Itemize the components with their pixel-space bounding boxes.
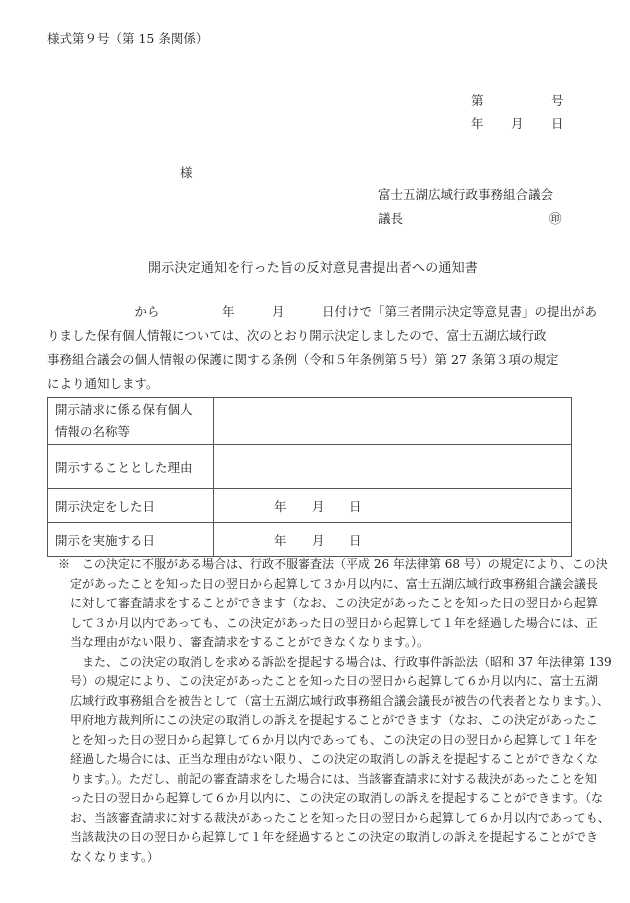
- date-day: 日: [349, 497, 362, 515]
- body-line: により通知します。: [47, 374, 159, 392]
- date-month: 月: [312, 531, 325, 549]
- disclosure-info-table: 開示請求に係る保有個人 情報の名称等 開示することとした理由 開示決定をした日 …: [47, 397, 572, 557]
- note-line: った日の翌日から起算して６か月以内に、この決定の取消しの訴えを提起することができ…: [58, 789, 603, 806]
- note-line: とを知った日の翌日から起算して６か月以内であっても、この決定の日の翌日から起算し…: [58, 731, 598, 748]
- label-line: 情報の名称等: [55, 421, 206, 443]
- label-line: 開示請求に係る保有個人: [55, 399, 206, 421]
- decision-date-value[interactable]: 年 月 日: [214, 489, 572, 523]
- doc-number-suffix: 号: [551, 91, 564, 109]
- note-line: に対して審査請求をすることができます（なお、この決定があったことを知った日の翌日…: [58, 594, 598, 611]
- note-line: お、当該審査請求に対する裁決があったことを知った日の翌日から起算して６か月以内で…: [58, 809, 610, 826]
- form-number: 様式第９号（第 15 条関係）: [47, 29, 208, 47]
- row-label: 開示することとした理由: [48, 445, 214, 489]
- date-year: 年: [274, 531, 287, 549]
- date-day: 日: [551, 114, 564, 132]
- note-line: 甲府地方裁判所にこの決定の取消しの訴えを提起することができます（なお、この決定が…: [58, 711, 598, 728]
- row-label: 開示を実施する日: [48, 523, 214, 557]
- note-line: 当該裁決の日の翌日から起算して１年を経過するとこの決定の取消しの訴えを提起するこ…: [58, 828, 598, 845]
- body-line: りました保有個人情報については、次のとおり開示決定しましたので、富士五湖広域行政: [47, 326, 547, 344]
- row-label: 開示決定をした日: [48, 489, 214, 523]
- note-line: 広域行政事務組合を被告として（富士五湖広域行政事務組合議会議長が被告の代表者とな…: [58, 692, 609, 709]
- row-label: 開示請求に係る保有個人 情報の名称等: [48, 398, 214, 445]
- date-month: 月: [312, 497, 325, 515]
- body-line: 事務組合議会の個人情報の保護に関する条例（令和５年条例第５号）第 27 条第３項…: [47, 350, 558, 368]
- sender-organization: 富士五湖広域行政事務組合議会: [378, 185, 553, 203]
- addressee: 様: [180, 163, 193, 181]
- note-line: なくなります。）: [58, 848, 159, 865]
- date-year: 年: [274, 497, 287, 515]
- note-line: ります。）。ただし、前記の審査請求をした場合には、当該審査請求に対する裁決があっ…: [58, 770, 597, 787]
- doc-number-prefix: 第: [471, 91, 484, 109]
- date-month: 月: [511, 114, 524, 132]
- table-row: 開示決定をした日 年 月 日: [48, 489, 572, 523]
- date-year: 年: [471, 114, 484, 132]
- implementation-date-value[interactable]: 年 月 日: [214, 523, 572, 557]
- body-line: から 年 月 日付けで「第三者開示決定等意見書」の提出があ: [47, 302, 597, 320]
- table-row: 開示を実施する日 年 月 日: [48, 523, 572, 557]
- note-line: 当な理由がない限り、審査請求をすることができなくなります。）。: [58, 633, 429, 650]
- info-name-value[interactable]: [214, 398, 572, 445]
- note-line: 号）の規定により、この決定があったことを知った日の翌日から起算して６か月以内に、…: [58, 672, 598, 689]
- sender-title: 議長: [378, 209, 403, 227]
- reason-value[interactable]: [214, 445, 572, 489]
- table-row: 開示することとした理由: [48, 445, 572, 489]
- date-day: 日: [349, 531, 362, 549]
- note-line: 経過した場合には、正当な理由がない限り、この決定の取消しの訴えを提起することがで…: [58, 750, 598, 767]
- note-line: ※ この決定に不服がある場合は、行政不服審査法（平成 26 年法律第 68 号）…: [58, 555, 608, 572]
- note-line: して３か月以内であっても、この決定があった日の翌日から起算して１年を経過した場合…: [58, 614, 598, 631]
- note-line: また、この決定の取消しを求める訴訟を提起する場合は、行政事件訴訟法（昭和 37 …: [58, 653, 612, 670]
- table-row: 開示請求に係る保有個人 情報の名称等: [48, 398, 572, 445]
- document-title: 開示決定通知を行った旨の反対意見書提出者への通知書: [148, 257, 478, 276]
- seal-mark: ㊞: [549, 209, 562, 227]
- note-line: 定があったことを知った日の翌日から起算して３か月以内に、富士五湖広域行政事務組合…: [58, 575, 598, 592]
